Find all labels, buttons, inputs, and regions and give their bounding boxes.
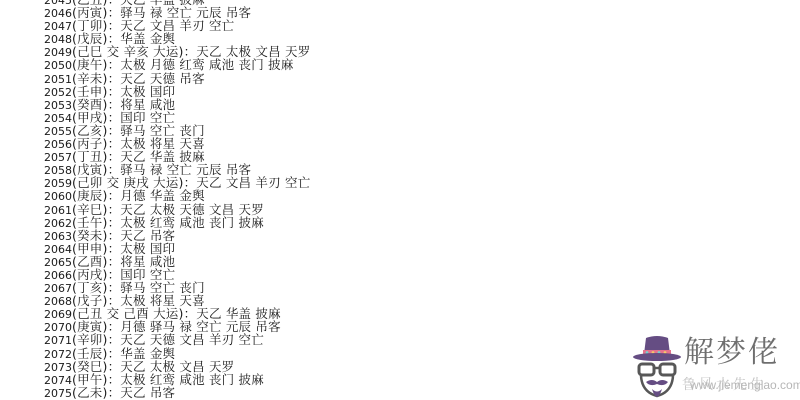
year-number: 2063	[44, 230, 72, 243]
year-number: 2070	[44, 321, 72, 334]
year-number: 2065	[44, 256, 72, 269]
year-number: 2048	[44, 33, 72, 46]
year-number: 2056	[44, 138, 72, 151]
year-number: 2072	[44, 348, 72, 361]
year-number: 2069	[44, 308, 72, 321]
year-number: 2053	[44, 99, 72, 112]
year-number: 2073	[44, 361, 72, 374]
year-number: 2049	[44, 46, 72, 59]
year-number: 2062	[44, 217, 72, 230]
watermark-url: www.jiemenglao.com	[690, 378, 800, 392]
year-number: 2051	[44, 73, 72, 86]
year-number: 2052	[44, 86, 72, 99]
year-number: 2066	[44, 269, 72, 282]
year-number: 2074	[44, 374, 72, 387]
year-number: 2064	[44, 243, 72, 256]
hat-glasses-mustache-mascot-icon	[632, 334, 682, 400]
year-number: 2059	[44, 177, 72, 190]
year-number: 2075	[44, 387, 72, 400]
year-number: 2047	[44, 20, 72, 33]
ganzhi-pillar: (乙未)	[72, 385, 108, 400]
star-list: ：天乙 吊客	[108, 385, 176, 400]
year-star-list: 2045(乙丑)：天乙 华盖 披麻2046(丙寅)：驿马 禄 空亡 元辰 吊客2…	[44, 0, 310, 399]
year-number: 2058	[44, 164, 72, 177]
year-number: 2071	[44, 334, 72, 347]
year-number: 2050	[44, 59, 72, 72]
year-number: 2046	[44, 7, 72, 20]
year-number: 2055	[44, 125, 72, 138]
year-number: 2061	[44, 204, 72, 217]
year-entry: 2075(乙未)：天乙 吊客	[44, 386, 310, 399]
watermark-logo: 解梦佬 鲁风水先生 www.jiemenglao.com	[632, 334, 800, 400]
year-number: 2060	[44, 190, 72, 203]
year-number: 2054	[44, 112, 72, 125]
year-number: 2057	[44, 151, 72, 164]
watermark-title: 解梦佬	[684, 336, 780, 370]
year-number: 2067	[44, 282, 72, 295]
document-page: 2045(乙丑)：天乙 华盖 披麻2046(丙寅)：驿马 禄 空亡 元辰 吊客2…	[0, 0, 800, 400]
year-number: 2068	[44, 295, 72, 308]
